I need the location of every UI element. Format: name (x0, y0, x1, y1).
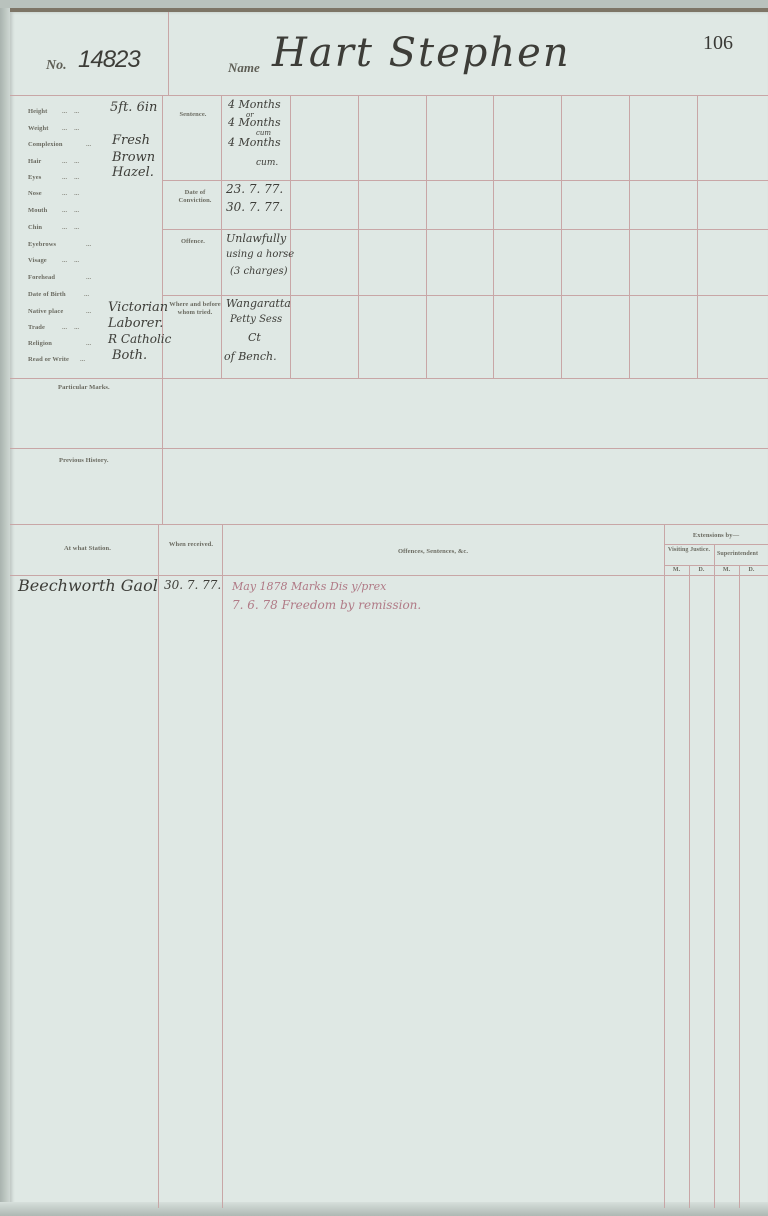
field-label-nose: Nose (28, 190, 42, 197)
sentence-line: 4 Months (228, 98, 281, 111)
field-label-visage: Visage (28, 257, 47, 264)
col-divider (629, 95, 630, 378)
row-rule (162, 295, 768, 296)
movement-station: Beechworth Gaol (18, 576, 158, 595)
movement-offence-line: May 1878 Marks Dis y/prex (232, 580, 386, 593)
field-label-eyebrows: Eyebrows (28, 241, 56, 248)
leader-dots: ... (86, 340, 91, 347)
col-divider (358, 95, 359, 378)
sentence-line: 4 Months (228, 116, 281, 129)
table-top-rule (10, 95, 768, 96)
header-divider (168, 12, 169, 95)
field-value-height: 5ft. 6in (110, 100, 157, 115)
field-label-native-place: Native place (28, 308, 63, 315)
particular-marks-label: Particular Marks. (58, 384, 110, 391)
prisoner-name: Hart Stephen (272, 30, 571, 76)
field-label-eyes: Eyes (28, 174, 41, 181)
col-divider (739, 565, 740, 1208)
field-label-read-or-write: Read or Write (28, 356, 69, 363)
field-value-religion: R Catholic (108, 332, 171, 346)
sentence-label: Sentence. (170, 111, 216, 118)
conviction-date: 23. 7. 77. (226, 182, 283, 196)
leader-dots: ... (86, 274, 91, 281)
col-divider (222, 524, 223, 1208)
label-col-divider (221, 95, 222, 378)
leader-dots: ... ... (62, 324, 79, 331)
col-divider (697, 95, 698, 378)
visiting-d-header: D. (689, 567, 714, 573)
row-rule (664, 565, 768, 566)
date-of-conviction-label: Date of Conviction. (170, 189, 220, 205)
extensions-header: Extensions by— (664, 532, 768, 539)
conviction-date: 30. 7. 77. (226, 200, 283, 214)
visiting-m-header: M. (664, 567, 689, 573)
field-value-hair: Brown (112, 150, 155, 165)
leader-dots: ... (86, 308, 91, 315)
row-rule (664, 544, 768, 545)
offences-header: Offences, Sentences, &c. (398, 548, 468, 555)
leader-dots: ... (80, 356, 85, 363)
leader-dots: ... ... (62, 190, 79, 197)
leader-dots: ... ... (62, 224, 79, 231)
sentence-line: cum. (256, 158, 278, 168)
field-label-chin: Chin (28, 224, 42, 231)
leader-dots: ... ... (62, 174, 79, 181)
leader-dots: ... ... (62, 125, 79, 132)
field-label-mouth: Mouth (28, 207, 47, 214)
field-label-religion: Religion (28, 340, 52, 347)
offence-label: Offence. (170, 238, 216, 245)
where-tried-line: Ct (248, 331, 261, 344)
received-header: When received. (162, 541, 220, 549)
leader-dots: ... (86, 241, 91, 248)
field-value-native-place: Victorian (108, 300, 168, 315)
col-divider (714, 544, 715, 1208)
number-label: No. (46, 58, 67, 74)
visiting-justice-header: Visiting Justice. (664, 547, 714, 554)
col-divider (689, 565, 690, 1208)
where-tried-line: Petty Sess (230, 314, 282, 325)
row-rule (162, 229, 768, 230)
superintendent-d-header: D. (739, 567, 764, 573)
leader-dots: ... (84, 291, 89, 298)
col-divider (664, 524, 665, 1208)
page-number: 106 (703, 32, 733, 55)
where-tried-line: Wangaratta (226, 297, 291, 310)
col-divider (561, 95, 562, 378)
field-label-trade: Trade (28, 324, 45, 331)
where-tried-label: Where and before whom tried. (168, 301, 222, 317)
col-divider (290, 95, 291, 378)
superintendent-m-header: M. (714, 567, 739, 573)
col-divider (426, 95, 427, 378)
row-rule (10, 448, 768, 449)
leader-dots: ... (86, 141, 91, 148)
leader-dots: ... ... (62, 257, 79, 264)
col-divider (158, 524, 159, 1208)
offence-line: (3 charges) (230, 266, 288, 277)
col-divider (493, 95, 494, 378)
field-value-complexion: Fresh (112, 133, 150, 148)
field-label-hair: Hair (28, 158, 41, 165)
station-header: At what Station. (64, 545, 111, 552)
superintendent-header: Superintendent (717, 551, 758, 557)
name-label: Name (228, 60, 260, 76)
leader-dots: ... ... (62, 207, 79, 214)
page-bottom-edge (0, 1202, 768, 1216)
where-tried-line: of Bench. (224, 350, 277, 363)
prisoner-number: 14823 (78, 46, 140, 74)
previous-history-label: Previous History. (59, 457, 109, 464)
row-rule (10, 524, 768, 525)
field-label-complexion: Complexion (28, 141, 63, 148)
leader-dots: ... ... (62, 158, 79, 165)
field-value-read-or-write: Both. (112, 348, 147, 363)
sentence-line: 4 Months (228, 136, 281, 149)
offence-line: using a horse (226, 249, 294, 260)
movement-offence-line: 7. 6. 78 Freedom by remission. (232, 598, 421, 612)
row-rule (10, 378, 768, 379)
field-label-weight: Weight (28, 125, 48, 132)
offence-line: Unlawfully (226, 232, 286, 245)
field-label-height: Height (28, 108, 47, 115)
field-value-eyes: Hazel. (112, 165, 154, 180)
field-label-date-of-birth: Date of Birth (28, 291, 66, 298)
leader-dots: ... ... (62, 108, 79, 115)
movement-received-date: 30. 7. 77. (164, 578, 221, 592)
field-value-trade: Laborer. (108, 316, 163, 331)
field-label-forehead: Forehead (28, 274, 55, 281)
row-rule (162, 180, 768, 181)
